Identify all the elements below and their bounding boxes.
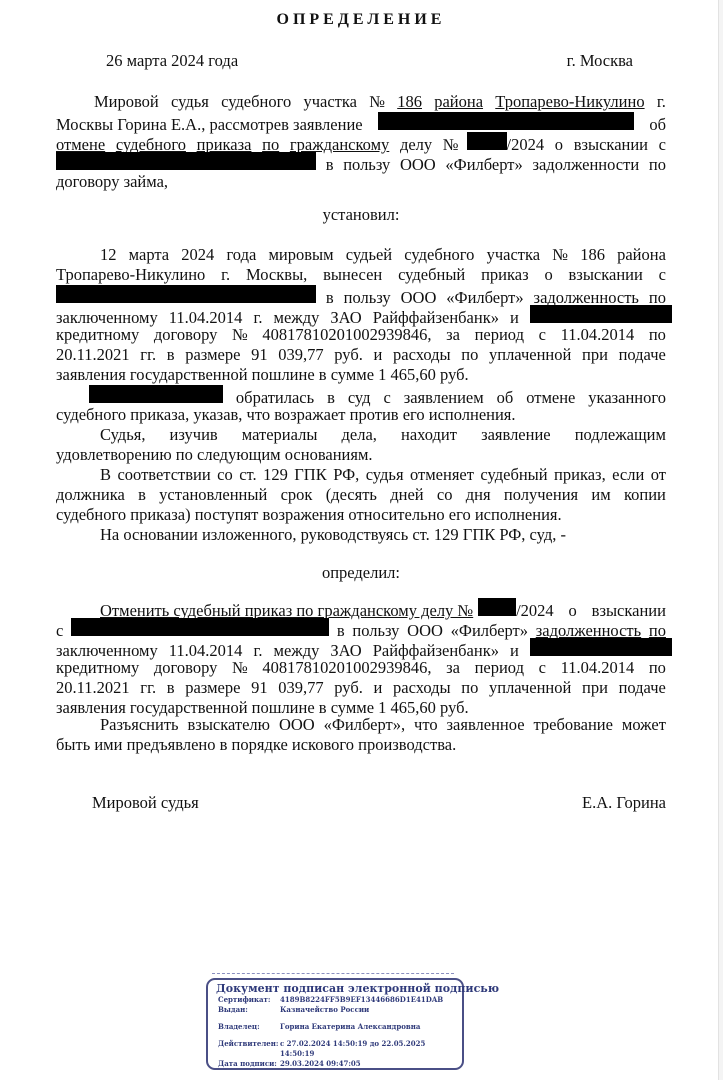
word: взыскателю <box>188 715 270 735</box>
word: приказ <box>481 265 529 285</box>
word: в <box>326 288 334 308</box>
text-segment: Москвы Горина Е.А., рассмотрев заявление <box>56 115 363 135</box>
word: ООО <box>279 715 315 735</box>
word: копии <box>624 485 666 505</box>
word: РФ, <box>333 465 359 485</box>
established-paragraph-1: 12 марта 2024 года мировым судьей судебн… <box>56 245 666 385</box>
word: задолженности <box>532 155 639 175</box>
text-line: 20.11.2021 гг. в размере 91 039,77 руб. … <box>56 345 666 365</box>
word: пользу <box>352 621 399 641</box>
text-line: договору займа, <box>56 172 666 192</box>
word: ООО <box>401 288 437 308</box>
established-paragraph-3: Судья, изучив материалы дела, находит за… <box>56 425 666 465</box>
stamp-heading: Документ подписан электронной подписью <box>216 982 462 995</box>
text-segment: удовлетворению по следующим основаниям. <box>56 445 373 465</box>
word: уплаченной <box>489 345 571 365</box>
word: судья <box>366 465 404 485</box>
text-line: Тропарево-Никулино г. Москвы, вынесен су… <box>56 265 666 285</box>
text-line: заявления государственной пошлине в сумм… <box>56 365 666 385</box>
word: расходы <box>393 678 451 698</box>
text-line: с в пользу ООО «Филберт» задолженность п… <box>56 618 666 638</box>
decided-paragraph-2: Разъяснить взыскателю ООО «Филберт», что… <box>56 715 666 755</box>
stamp-value: 29.03.2024 09:47:05 <box>280 1059 361 1069</box>
word: дела, <box>342 425 377 445</box>
word: отмене <box>526 388 575 408</box>
stamp-row-signed: Дата подписи: 29.03.2024 09:47:05 <box>218 1059 462 1069</box>
word: дня <box>466 485 491 505</box>
text-line: кредитному договору № 408178102010029398… <box>56 658 666 678</box>
word: уплаченной <box>489 678 571 698</box>
word: о <box>544 265 552 285</box>
word: вынесен <box>323 265 382 285</box>
word: «Филберт», <box>324 715 405 735</box>
word: судебного <box>221 92 291 112</box>
word: размере <box>185 678 240 698</box>
stamp-label: Сертификат: <box>218 995 280 1005</box>
word: заявление <box>481 425 551 445</box>
text-line: заключенному 11.04.2014 г. между ЗАО Рай… <box>56 638 666 658</box>
case-number: /2024 <box>488 598 554 621</box>
word: 039,77 <box>278 678 323 698</box>
stamp-row-valid: Действителен: с 27.02.2024 14:50:19 до 2… <box>218 1039 462 1059</box>
text-segment: судебного приказа, указав, что возражает… <box>56 405 516 425</box>
word: получения <box>504 485 578 505</box>
word: № <box>232 325 248 345</box>
redaction-bar <box>71 618 329 636</box>
page-edge <box>718 0 723 1080</box>
word: взыскании <box>592 601 666 621</box>
word: о <box>569 601 577 621</box>
word: за <box>446 658 460 678</box>
word: руб. <box>334 345 363 365</box>
text-line: 20.11.2021 гг. в размере 91 039,77 руб. … <box>56 678 666 698</box>
word: 186 <box>397 92 422 112</box>
text-line: На основании изложенного, руководствуясь… <box>56 525 666 545</box>
stamp-label: Владелец: <box>218 1022 280 1032</box>
word: ст. <box>239 465 256 485</box>
word: ООО <box>400 155 436 175</box>
word: № <box>232 658 248 678</box>
word: соответствии <box>117 465 210 485</box>
word: изучив <box>170 425 218 445</box>
stamp-label: Дата подписи: <box>218 1059 280 1069</box>
word: ГПК <box>294 465 326 485</box>
word: 20.11.2021 <box>56 678 130 698</box>
word: от <box>651 465 666 485</box>
word: 2024 <box>181 245 214 265</box>
word: может <box>622 715 666 735</box>
word: со <box>437 485 453 505</box>
word: по <box>649 658 666 678</box>
word: года <box>226 245 256 265</box>
word: по <box>461 678 478 698</box>
text-line: Москвы Горина Е.А., рассмотрев заявление… <box>56 112 666 132</box>
word: по <box>461 345 478 365</box>
word: со <box>217 465 233 485</box>
text-line: быть ими предъявлено в порядке искового … <box>56 735 666 755</box>
decided-paragraph-1: Отменить судебный приказ по гражданскому… <box>56 598 666 718</box>
text-line: отмене судебного приказа по гражданскому… <box>56 132 666 152</box>
word: гг. <box>140 678 156 698</box>
stamp-label: Выдан: <box>218 1005 280 1015</box>
established-paragraph-4: В соответствии со ст. 129 ГПК РФ, судья … <box>56 465 666 525</box>
word: участка <box>487 245 541 265</box>
word: г. <box>221 265 230 285</box>
stamp-value: 4189B8224FF5B9EF13446686D1E41DAB <box>280 995 443 1005</box>
word: г. <box>253 641 262 661</box>
text-line: Отменить судебный приказ по гражданскому… <box>56 598 666 618</box>
word: взыскании <box>574 135 648 155</box>
word: взыскании <box>569 265 643 285</box>
word: в <box>167 678 175 698</box>
word: находит <box>401 425 457 445</box>
text-line: обратилась в суд с заявлением об отмене … <box>56 385 666 405</box>
word: «Филберт» <box>445 155 522 175</box>
word: с <box>659 265 666 285</box>
word: договору <box>154 658 217 678</box>
text-segment: На основании изложенного, руководствуясь… <box>100 525 566 545</box>
word: «Филберт» <box>451 621 528 641</box>
word: г. <box>657 92 666 112</box>
word: размере <box>185 345 240 365</box>
word: района <box>434 92 483 112</box>
text-segment: договору займа, <box>56 172 168 192</box>
word: Москвы, <box>246 265 307 285</box>
redaction-bar <box>530 638 672 656</box>
stamp-value: с 27.02.2024 14:50:19 до 22.05.2025 14:5… <box>280 1039 462 1059</box>
stamp-row-issued: Выдан: Казначейство России <box>218 1005 462 1015</box>
word: 40817810201002939846, <box>262 325 431 345</box>
word: В <box>100 465 111 485</box>
word: № <box>443 135 459 155</box>
word: установленный <box>159 485 267 505</box>
word: судья <box>171 92 209 112</box>
word: судебный <box>480 465 547 485</box>
word: Тропарево-Никулино <box>56 265 205 285</box>
word: с <box>539 325 546 345</box>
word: /2024 <box>516 601 554 621</box>
word: 91 <box>251 345 268 365</box>
word: пользу <box>344 288 391 308</box>
word: о <box>555 135 563 155</box>
case-number: № /2024 <box>443 132 544 155</box>
stamp-row-certificate: Сертификат: 4189B8224FF5B9EF13446686D1E4… <box>218 995 462 1005</box>
word: руб. <box>334 678 363 698</box>
word: судьей <box>346 245 392 265</box>
word: гг. <box>140 345 156 365</box>
word: период <box>475 325 524 345</box>
word: период <box>475 658 524 678</box>
word: 039,77 <box>278 345 323 365</box>
word: района <box>617 245 666 265</box>
word: подаче <box>619 345 666 365</box>
word: подлежащим <box>575 425 666 445</box>
section-heading-established: установил: <box>56 205 666 225</box>
word: 129 <box>263 465 288 485</box>
word: ООО <box>407 621 443 641</box>
redaction-bar <box>467 132 507 150</box>
word: по <box>649 325 666 345</box>
word: в <box>167 345 175 365</box>
word: требование <box>533 715 613 735</box>
judge-name: Е.А. Горина <box>582 793 666 813</box>
word: Разъяснить <box>100 715 179 735</box>
text-line: В соответствии со ст. 129 ГПК РФ, судья … <box>56 465 666 485</box>
text-segment: быть ими предъявлено в порядке искового … <box>56 735 456 755</box>
document-city: г. Москва <box>567 51 633 71</box>
word: им <box>591 485 610 505</box>
word: об <box>649 115 666 135</box>
word: № <box>552 245 568 265</box>
text-line: Разъяснить взыскателю ООО «Филберт», что… <box>56 715 666 735</box>
text-line: должника в установленный срок (десять дн… <box>56 485 666 505</box>
redaction-bar <box>56 285 316 303</box>
text-segment: судебного приказа) поступят возражения о… <box>56 505 562 525</box>
text-segment: заявления государственной пошлине в сумм… <box>56 365 469 385</box>
word: с <box>659 135 666 155</box>
word: в <box>337 621 345 641</box>
text-line: заключенному 11.04.2014 г. между ЗАО Рай… <box>56 305 666 325</box>
redaction-bar <box>56 152 316 170</box>
word: /2024 <box>507 135 545 155</box>
word: делу <box>400 135 432 155</box>
stamp-value: Казначейство России <box>280 1005 369 1015</box>
word: подаче <box>619 678 666 698</box>
word: № <box>369 92 385 112</box>
word: 12 <box>100 245 117 265</box>
word: договору <box>154 325 217 345</box>
text-line: в пользу ООО «Филберт» задолженности по <box>56 152 666 172</box>
word: кредитному <box>56 658 139 678</box>
text-line: кредитному договору № 408178102010029398… <box>56 325 666 345</box>
word: г. <box>253 308 262 328</box>
word: судебного <box>404 245 474 265</box>
text-line: 12 марта 2024 года мировым судьей судебн… <box>56 245 666 265</box>
word: «Филберт» <box>446 288 523 308</box>
word: 20.11.2021 <box>56 345 130 365</box>
stamp-label: Действителен: <box>218 1039 280 1059</box>
text-line: судебного приказа, указав, что возражает… <box>56 405 666 425</box>
stamp-row-owner: Владелец: Горина Екатерина Александровна <box>218 1022 462 1032</box>
word: кредитному <box>56 325 139 345</box>
word: что <box>414 715 438 735</box>
word: и <box>374 678 383 698</box>
text-line: в пользу ООО «Филберт» задолженность по <box>56 285 666 305</box>
word: приказ, <box>554 465 606 485</box>
word: 11.04.2014 <box>561 658 635 678</box>
word: Судья, <box>100 425 145 445</box>
document-title: ОПРЕДЕЛЕНИЕ <box>56 10 666 30</box>
word: в <box>326 155 334 175</box>
word: пользу <box>343 155 390 175</box>
word: расходы <box>393 345 451 365</box>
word: участка <box>303 92 357 112</box>
electronic-signature-stamp: Документ подписан электронной подписью С… <box>206 978 464 1070</box>
word: в <box>138 485 146 505</box>
word: 40817810201002939846, <box>262 658 431 678</box>
established-paragraph-5: На основании изложенного, руководствуясь… <box>56 525 666 545</box>
word: Тропарево-Никулино <box>495 92 644 112</box>
word: при <box>582 678 608 698</box>
stamp-value: Горина Екатерина Александровна <box>280 1022 420 1032</box>
redaction-bar <box>530 305 672 323</box>
document-date: 26 марта 2024 года <box>106 51 238 71</box>
text-line: Мировой судья судебного участка № 186 ра… <box>56 92 666 112</box>
word: 11.04.2014 <box>561 325 635 345</box>
intro-paragraph: Мировой судья судебного участка № 186 ра… <box>56 92 666 192</box>
word: должника <box>56 485 125 505</box>
word: (десять <box>326 485 377 505</box>
word: и <box>374 345 383 365</box>
word: 186 <box>580 245 605 265</box>
word: материалы <box>242 425 318 445</box>
redaction-bar <box>478 598 516 616</box>
word: дней <box>390 485 423 505</box>
redaction-bar <box>89 385 223 403</box>
text-line: судебного приказа) поступят возражения о… <box>56 505 666 525</box>
word: с <box>539 658 546 678</box>
word: заявленное <box>447 715 525 735</box>
section-heading-decided: определил: <box>56 563 666 583</box>
word: по <box>649 155 666 175</box>
stamp-dashed-line <box>212 973 454 976</box>
word: указанного <box>588 388 666 408</box>
text-line: Судья, изучив материалы дела, находит за… <box>56 425 666 445</box>
word: срок <box>281 485 313 505</box>
word: при <box>582 345 608 365</box>
word: отменяет <box>410 465 474 485</box>
word: мировым <box>268 245 333 265</box>
word: за <box>446 325 460 345</box>
redaction-bar <box>378 112 634 130</box>
word: 91 <box>251 678 268 698</box>
word: Мировой <box>94 92 159 112</box>
text-line: удовлетворению по следующим основаниям. <box>56 445 666 465</box>
word: если <box>612 465 644 485</box>
judge-position: Мировой судья <box>92 793 199 813</box>
word: судебный <box>398 265 465 285</box>
word: марта <box>129 245 169 265</box>
word: с <box>56 621 63 641</box>
established-paragraph-2: обратилась в суд с заявлением об отмене … <box>56 385 666 425</box>
